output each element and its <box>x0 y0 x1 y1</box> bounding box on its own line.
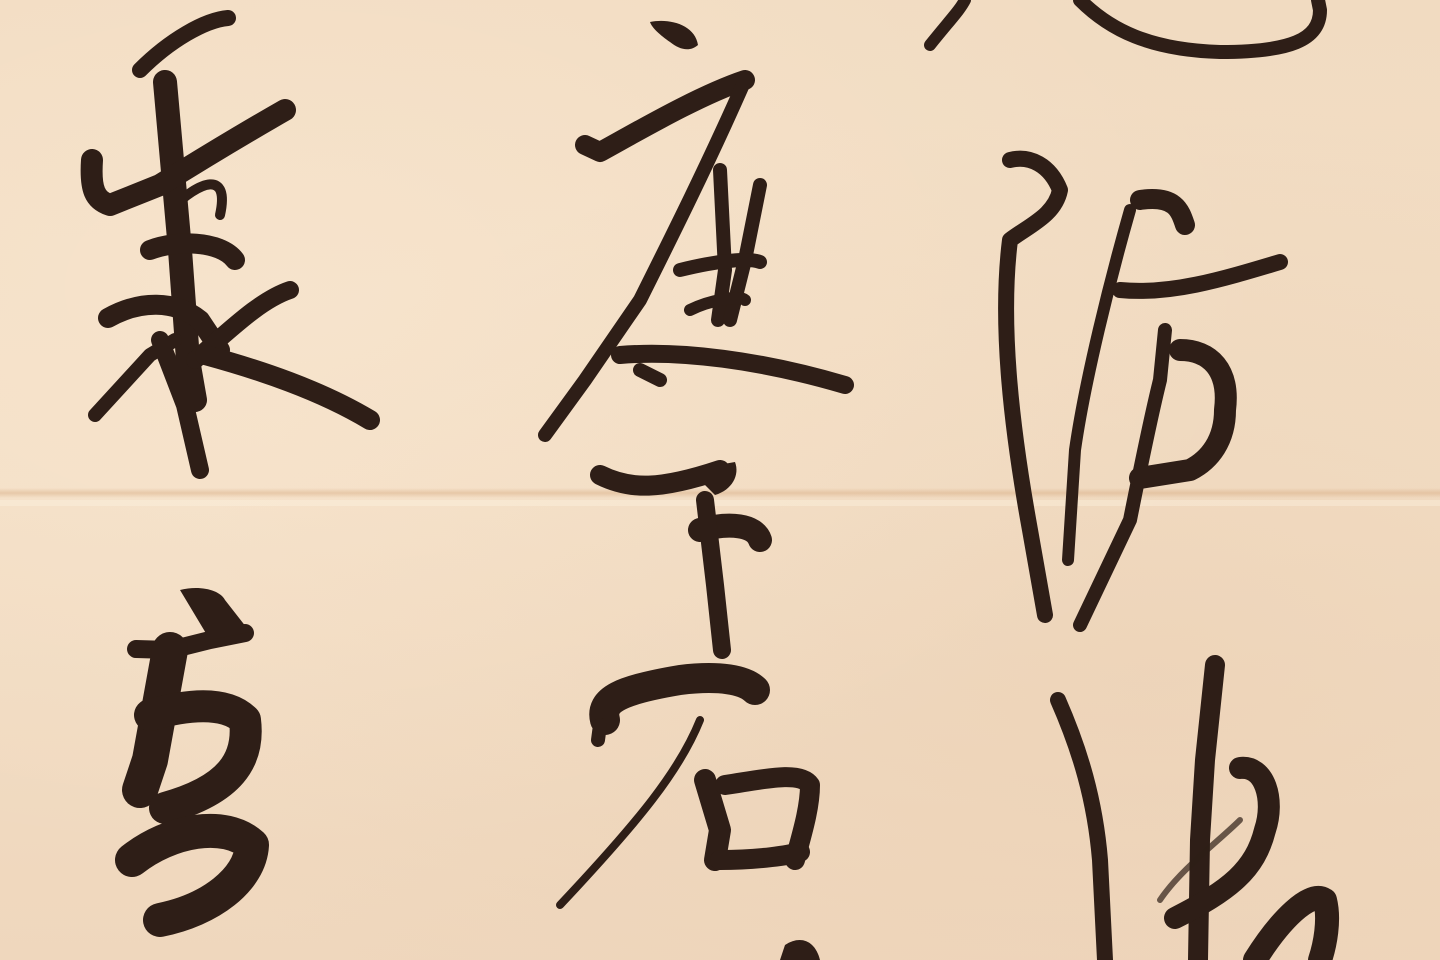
right-column-character-6 <box>930 0 1320 52</box>
right-column-character-7 <box>1006 159 1280 625</box>
left-column-character-2 <box>132 588 252 920</box>
center-column-character-3 <box>545 21 845 435</box>
calligraphy-ink <box>0 0 1440 960</box>
right-column-character-8 <box>1058 665 1327 960</box>
center-column-character-5 <box>560 678 820 960</box>
center-column-character-4 <box>600 462 760 650</box>
calligraphy-paper <box>0 0 1440 960</box>
left-column-character-1 <box>92 18 370 470</box>
